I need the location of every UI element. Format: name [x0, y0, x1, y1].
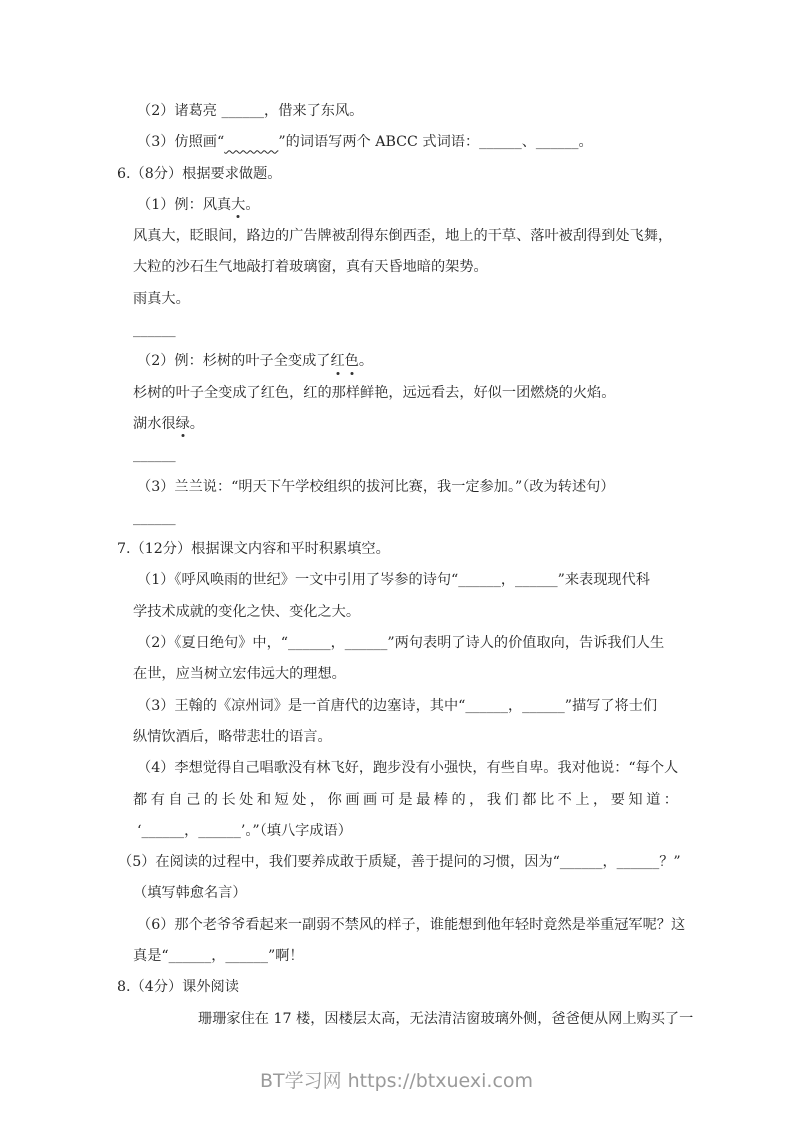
q8-passage-line1: 珊珊家住在 17 楼，因楼层太高，无法清洁窗玻璃外侧，爸爸便从网上购买了一	[0, 1004, 793, 1035]
q7-item4-line2: 都有自己的长处和短处，你画画可是最棒的，我们都比不上，要知道：	[133, 785, 678, 816]
text-segment: （3）王翰的《凉州词》是一首唐代的边塞诗，其中“______，______”描写…	[137, 698, 657, 714]
page: { "document": { "lines": [ {"name":"q5-i…	[0, 0, 793, 1122]
text-segment: 。	[190, 416, 204, 432]
q6-item1-example: （1）例：风真大。	[0, 190, 793, 221]
text-segment: 雨真大。	[133, 291, 190, 307]
text-segment: （3）兰兰说：“明天下午学校组织的拔河比赛，我一定参加。”（改为转述句）	[137, 479, 615, 495]
text-segment: （4）李想觉得自己唱歌没有林飞好，跑步没有小强快，有些自卑。我对他说：“每个人	[137, 760, 678, 776]
q6-item1-prompt: 雨真大。	[0, 284, 793, 315]
text-segment: （3）仿照画“	[137, 134, 224, 150]
text-segment: 湖水很	[133, 416, 176, 432]
text-segment: ”的词语写两个 ABCC 式词语：______、______。	[278, 134, 592, 150]
text-segment: 风真大，眨眼间，路边的广告牌被刮得东倒西歪，地上的干草、落叶被刮得到处飞舞，	[133, 228, 672, 244]
text-segment: ______	[133, 510, 176, 526]
q7-item2-line2: 在世，应当树立宏伟远大的理想。	[0, 659, 793, 690]
text-segment: 在世，应当树立宏伟远大的理想。	[133, 666, 346, 682]
text-segment: 学技术成就的变化之快、变化之大。	[133, 604, 360, 620]
q7-item4-line3: ‘______，______’。”（填八字成语）	[0, 816, 793, 847]
q6-item3-prompt: （3）兰兰说：“明天下午学校组织的拔河比赛，我一定参加。”（改为转述句）	[0, 472, 793, 503]
text-segment: 珊珊家住在 17 楼，因楼层太高，无法清洁窗玻璃外侧，爸爸便从网上购买了一	[198, 1011, 693, 1027]
q7-item5-line1: （5）在阅读的过程中，我们要养成敢于质疑，善于提问的习惯，因为“______，_…	[0, 847, 793, 878]
q6-item1-passage-line1: 风真大，眨眼间，路边的广告牌被刮得东倒西歪，地上的干草、落叶被刮得到处飞舞，	[0, 221, 793, 252]
text-segment: 。	[245, 197, 259, 213]
q7-item6-line2: 真是“______，______”啊！	[0, 941, 793, 972]
document-lines: （2）诸葛亮 ______，借来了东风。（3）仿照画“ ”的词语写两个 ABCC…	[0, 96, 793, 1035]
text-segment: 都有自己的长处和短处，你画画可是最棒的，我们都比不上，要知道：	[133, 792, 678, 808]
watermark-text: BT学习网 https://btxuexi.com	[260, 1070, 533, 1092]
text-segment: ______	[133, 322, 176, 338]
question-7-header: 7.（12分）根据课文内容和平时积累填空。	[0, 534, 793, 565]
text-segment: 8.（4分）课外阅读	[117, 979, 239, 995]
q7-item4-line1: （4）李想觉得自己唱歌没有林飞好，跑步没有小强快，有些自卑。我对他说：“每个人	[0, 753, 793, 784]
q6-item2-passage: 杉树的叶子全变成了红色，红的那样鲜艳，远远看去，好似一团燃烧的火焰。	[0, 378, 793, 409]
text-segment: 杉树的叶子全变成了红色，红的那样鲜艳，远远看去，好似一团燃烧的火焰。	[133, 385, 615, 401]
q5-item2: （2）诸葛亮 ______，借来了东风。	[0, 96, 793, 127]
question-8-header: 8.（4分）课外阅读	[0, 972, 793, 1003]
q7-item1-line1: （1）《呼风唤雨的世纪》一文中引用了岑参的诗句“______，______”来表…	[0, 565, 793, 596]
q7-item2-line1: （2）《夏日绝句》中，“______，______”两句表明了诗人的价值取向，告…	[0, 628, 793, 659]
text-segment: （6）那个老爷爷看起来一副弱不禁风的样子，谁能想到他年轻时竟然是举重冠军呢？这	[137, 917, 685, 933]
q5-item3: （3）仿照画“ ”的词语写两个 ABCC 式词语：______、______。	[0, 127, 793, 158]
q6-item3-answer-blank: ______	[0, 503, 793, 534]
emphasized-text: 绿	[176, 409, 190, 440]
watermark: BT学习网 https://btxuexi.com	[0, 1066, 793, 1093]
text-segment: （2）诸葛亮 ______，借来了东风。	[137, 103, 363, 119]
emphasized-text: 色	[345, 346, 359, 377]
q7-item1-line2: 学技术成就的变化之快、变化之大。	[0, 597, 793, 628]
q7-item3-line1: （3）王翰的《凉州词》是一首唐代的边塞诗，其中“______，______”描写…	[0, 691, 793, 722]
text-segment: （2）《夏日绝句》中，“______，______”两句表明了诗人的价值取向，告…	[137, 635, 664, 651]
q7-item5-line2: （填写韩愈名言）	[0, 878, 793, 909]
text-segment: 。	[359, 353, 373, 369]
emphasized-text: 红	[330, 346, 344, 377]
q6-item2-prompt: 湖水很绿。	[0, 409, 793, 440]
q7-item6-line1: （6）那个老爷爷看起来一副弱不禁风的样子，谁能想到他年轻时竟然是举重冠军呢？这	[0, 910, 793, 941]
exam-document: （2）诸葛亮 ______，借来了东风。（3）仿照画“ ”的词语写两个 ABCC…	[0, 96, 793, 1035]
text-segment: 纵情饮酒后，略带悲壮的语言。	[133, 729, 332, 745]
q6-item1-passage-line2: 大粒的沙石生气地敲打着玻璃窗，真有天昏地暗的架势。	[0, 252, 793, 283]
q7-item3-line2: 纵情饮酒后，略带悲壮的语言。	[0, 722, 793, 753]
emphasized-text: 大	[231, 190, 245, 221]
q6-item2-answer-blank: ______	[0, 440, 793, 471]
question-6-header: 6.（8分）根据要求做题。	[0, 159, 793, 190]
text-segment: 6.（8分）根据要求做题。	[117, 166, 281, 182]
text-segment: 大粒的沙石生气地敲打着玻璃窗，真有天昏地暗的架势。	[133, 259, 488, 275]
q6-item1-answer-blank: ______	[0, 315, 793, 346]
q6-item2-example: （2）例：杉树的叶子全变成了红色。	[0, 346, 793, 377]
text-segment: （1）例：风真	[137, 197, 231, 213]
text-segment: （1）《呼风唤雨的世纪》一文中引用了岑参的诗句“______，______”来表…	[137, 572, 650, 588]
text-segment: 7.（12分）根据课文内容和平时积累填空。	[117, 541, 390, 557]
wavy-underline-blank	[224, 134, 278, 150]
text-segment: 真是“______，______”啊！	[133, 948, 304, 964]
text-segment: ______	[133, 447, 176, 463]
text-segment: （2）例：杉树的叶子全变成了	[137, 353, 330, 369]
text-segment: （填写韩愈名言）	[133, 885, 247, 901]
text-segment: ‘______，______’。”（填八字成语）	[137, 823, 352, 839]
text-segment: （5）在阅读的过程中，我们要养成敢于质疑，善于提问的习惯，因为“______，_…	[118, 854, 681, 870]
